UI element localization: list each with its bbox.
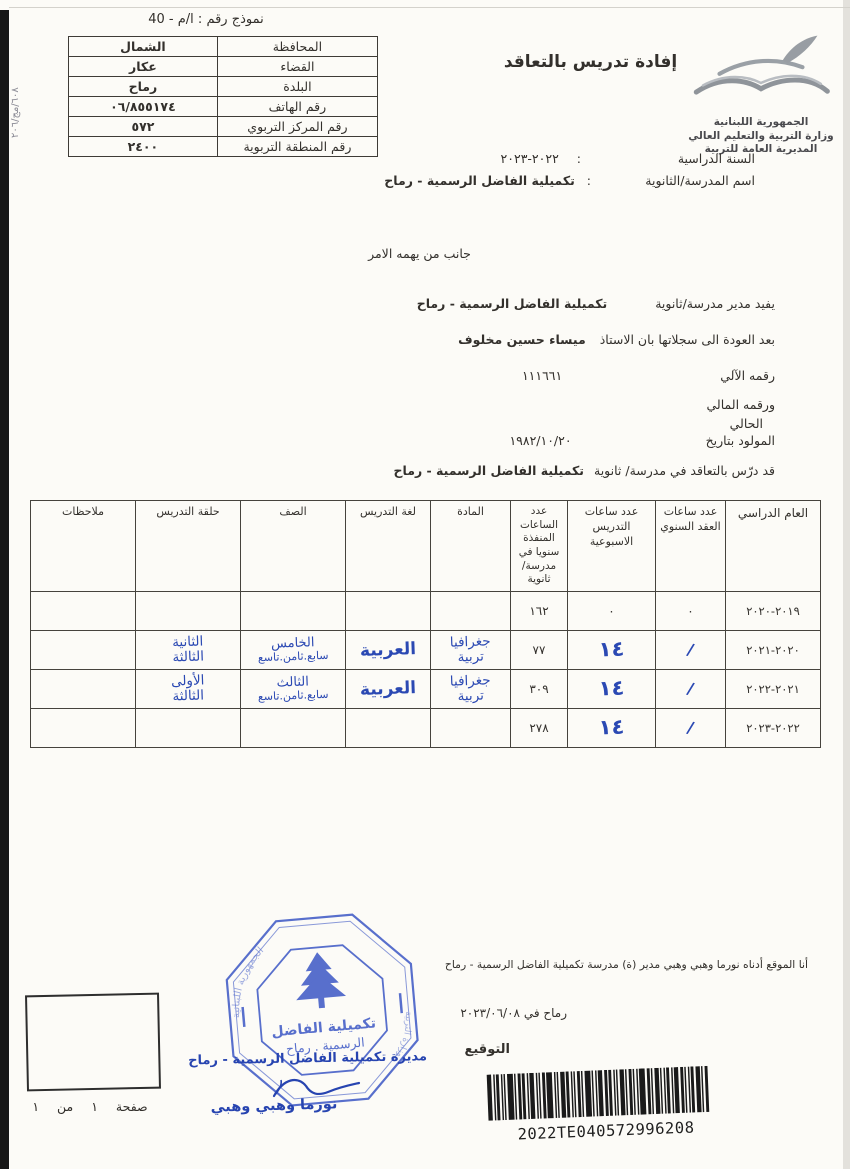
table-cell [31, 591, 136, 630]
table-cell [431, 591, 511, 630]
table-cell: / [656, 630, 726, 669]
table-cell: ١٤ [568, 708, 656, 747]
page-number: صفحة ١ من ١ [24, 1099, 156, 1114]
ministry-logo-icon [686, 34, 836, 112]
table-row: ٢٠٢١-٢٠٢٢/١٤٣٠٩جغرافياتربيةالعربيةالثالث… [31, 669, 821, 708]
document-title: إفادة تدريس بالتعاقد [488, 52, 693, 72]
info-label: البلدة [217, 77, 377, 97]
info-label: رقم المنطقة التربوية [217, 137, 377, 157]
info-row: البلدة رماح [69, 77, 378, 97]
info-row: رقم الهاتف ٠٦/٨٥٥١٧٤ [69, 97, 378, 117]
table-cell [241, 591, 346, 630]
typed-entry: ٠ [656, 604, 725, 618]
info-value: الشمال [69, 37, 218, 57]
table-row: ٢٠١٩-٢٠٢٠٠٠١٦٢ [31, 591, 821, 630]
typed-entry: ٢٠٢٠-٢٠٢١ [726, 643, 820, 657]
statement-value: تكميلية الفاضل الرسمية - رماح [394, 463, 584, 478]
statement-value: ميساء حسين مخلوف [458, 332, 586, 347]
statement-value: تكميلية الفاضل الرسمية - رماح [417, 296, 607, 311]
table-cell [346, 591, 431, 630]
table-cell: ٠ [568, 591, 656, 630]
declaration-text: أنا الموقع أدناه نورما وهبي وهبي مدير (ة… [445, 958, 808, 971]
salutation: جانب من يهمه الامر [352, 246, 487, 261]
teaching-record-table: العام الدراسيعدد ساعات العقد السنويعدد س… [30, 500, 821, 748]
typed-entry: ٢٠٢٢-٢٠٢٣ [726, 721, 820, 735]
barcode: 2022TE040572996208 [485, 1065, 726, 1144]
column-header: حلقة التدريس [136, 501, 241, 592]
table-row: ٢٠٢٢-٢٠٢٣/١٤٢٧٨ [31, 708, 821, 747]
info-label: المحافظة [217, 37, 377, 57]
statement-label: ورقمه المالي [707, 397, 776, 412]
table-cell: ١٤ [568, 669, 656, 708]
form-number: نموذج رقم : ا/م - 40 [100, 12, 312, 27]
colon: : [577, 151, 581, 166]
table-cell: الأولىالثالثة [136, 669, 241, 708]
table-cell [31, 669, 136, 708]
column-header: المادة [431, 501, 511, 592]
admin-info-table: المحافظة الشمال القضاء عكار البلدة رماح … [68, 36, 378, 157]
info-label: القضاء [217, 57, 377, 77]
paper-top-edge [9, 7, 850, 8]
table-cell: ٢٠٢١-٢٠٢٢ [726, 669, 821, 708]
table-cell: ٢٠١٩-٢٠٢٠ [726, 591, 821, 630]
school-value: تكميلية الفاضل الرسمية - رماح [384, 173, 574, 188]
table-cell: العربية [346, 630, 431, 669]
info-row: رقم المنطقة التربوية ٢٤٠٠ [69, 137, 378, 157]
column-header: الصف [241, 501, 346, 592]
margin-handwritten-note: ٦٠٨/مج/٢٠٦ [10, 87, 21, 138]
handwritten-entry: العربية [346, 639, 431, 661]
handwritten-entry: الثالثسابع.ثامن.تاسع [241, 674, 346, 704]
place-date: رماح في ٢٠٢٣/٠٦/٠٨ [460, 1006, 567, 1020]
year-label: السنة الدراسية [605, 151, 755, 166]
column-header: عدد الساعات المنفذة سنويا في مدرسة/ثانوي… [511, 501, 568, 592]
info-row: المحافظة الشمال [69, 37, 378, 57]
statement-label: قد درّس بالتعاقد في مدرسة/ ثانوية [594, 463, 775, 478]
typed-entry: ٧٧ [511, 643, 567, 657]
table-cell [346, 708, 431, 747]
handwritten-entry: ١٤ [568, 637, 656, 663]
handwritten-entry: العربية [346, 678, 431, 700]
column-header: لغة التدريس [346, 501, 431, 592]
cedar-icon [292, 950, 347, 1010]
statement-label: المولود بتاريخ [706, 433, 775, 448]
statement-label: رقمه الآلي [720, 368, 775, 383]
statement-value: ١٩٨٢/١٠/٢٠ [509, 433, 571, 448]
statement-label: بعد العودة الى سجلاتها بان الاستاذ [600, 332, 775, 347]
table-cell: / [656, 708, 726, 747]
column-header: ملاحظات [31, 501, 136, 592]
signature-label: التوقيع [465, 1042, 511, 1057]
scanned-form-page: ٦٠٨/مج/٢٠٦ نموذج رقم : ا/م - 40 المحافظة… [0, 0, 850, 1169]
handwritten-entry: جغرافياتربية [431, 634, 511, 666]
statement-line: المولود بتاريخ ١٩٨٢/١٠/٢٠ [509, 433, 775, 448]
statement-value: ١١١٦٦١ [522, 368, 562, 383]
info-value: ٢٤٠٠ [69, 137, 218, 157]
handwritten-entry: جغرافياتربية [431, 673, 511, 705]
handwritten-entry: / [655, 711, 726, 745]
typed-entry: ٢٠١٩-٢٠٢٠ [726, 604, 820, 618]
table-cell [31, 630, 136, 669]
header-row: العام الدراسيعدد ساعات العقد السنويعدد س… [31, 501, 821, 592]
typed-entry: ٢٠٢١-٢٠٢٢ [726, 682, 820, 696]
statement-line: يفيد مدير مدرسة/ثانوية تكميلية الفاضل ال… [417, 296, 775, 311]
table-cell: ٢٠٢٢-٢٠٢٣ [726, 708, 821, 747]
info-value: ٠٦/٨٥٥١٧٤ [69, 97, 218, 117]
empty-stamp-box [25, 993, 161, 1092]
info-value: رماح [69, 77, 218, 97]
table-cell: الثانيةالثالثة [136, 630, 241, 669]
table-cell [241, 708, 346, 747]
handwritten-entry: ١٤ [568, 676, 656, 702]
table-cell [136, 591, 241, 630]
table-cell: جغرافياتربية [431, 669, 511, 708]
ministry-header: الجمهورية اللبنانية وزارة التربية والتعل… [672, 34, 850, 157]
table-cell: ٠ [656, 591, 726, 630]
table-row: ٢٠٢٠-٢٠٢١/١٤٧٧جغرافياتربيةالعربيةالخامسس… [31, 630, 821, 669]
typed-entry: ١٦٢ [511, 604, 567, 618]
column-header: العام الدراسي [726, 501, 821, 592]
school-name-line: اسم المدرسة/الثانوية:تكميلية الفاضل الرس… [384, 173, 755, 188]
table-cell: ٢٧٨ [511, 708, 568, 747]
table-cell: ١٦٢ [511, 591, 568, 630]
table-cell [136, 708, 241, 747]
handwritten-entry: الثانيةالثالثة [136, 633, 241, 666]
statement-line: ورقمه المالي الحالي [707, 397, 776, 431]
table-cell [31, 708, 136, 747]
statement-line: قد درّس بالتعاقد في مدرسة/ ثانوية تكميلي… [394, 463, 775, 478]
typed-entry: ٠ [568, 604, 655, 618]
handwritten-entry: / [655, 672, 726, 706]
school-year-line: السنة الدراسية:٢٠٢٢-٢٠٢٣ [501, 151, 755, 166]
typed-entry: ٣٠٩ [511, 682, 567, 696]
column-header: عدد ساعات التدريس الاسبوعية [568, 501, 656, 592]
info-value: عكار [69, 57, 218, 77]
statement-label: يفيد مدير مدرسة/ثانوية [655, 296, 775, 311]
typed-entry: ٢٧٨ [511, 721, 567, 735]
statement-line: بعد العودة الى سجلاتها بان الاستاذ ميساء… [458, 332, 775, 347]
table-cell: ٧٧ [511, 630, 568, 669]
scan-edge-right [843, 0, 850, 1169]
table-cell: الخامسسابع.ثامن.تاسع [241, 630, 346, 669]
handwritten-entry: / [655, 633, 726, 667]
column-header: عدد ساعات العقد السنوي [656, 501, 726, 592]
table-cell: / [656, 669, 726, 708]
barcode-value: 2022TE040572996208 [487, 1117, 726, 1145]
info-value: ٥٧٢ [69, 117, 218, 137]
ministry-line: وزارة التربية والتعليم العالي [672, 130, 850, 144]
scan-edge-strip [0, 10, 9, 1169]
table-cell: ٢٠٢٠-٢٠٢١ [726, 630, 821, 669]
info-label: رقم الهاتف [217, 97, 377, 117]
colon: : [587, 173, 591, 188]
table-cell: ٣٠٩ [511, 669, 568, 708]
handwritten-entry: الأولىالثالثة [136, 672, 241, 705]
table-cell: الثالثسابع.ثامن.تاسع [241, 669, 346, 708]
school-label: اسم المدرسة/الثانوية [605, 173, 755, 188]
year-value: ٢٠٢٢-٢٠٢٣ [501, 151, 559, 166]
table-cell: ١٤ [568, 630, 656, 669]
handwritten-entry: الخامسسابع.ثامن.تاسع [241, 635, 346, 665]
table-cell: جغرافياتربية [431, 630, 511, 669]
info-row: رقم المركز التربوي ٥٧٢ [69, 117, 378, 137]
handwritten-entry: ١٤ [568, 715, 656, 741]
statement-label: الحالي [707, 416, 764, 431]
info-row: القضاء عكار [69, 57, 378, 77]
ministry-line: الجمهورية اللبنانية [672, 116, 850, 130]
table-cell: العربية [346, 669, 431, 708]
statement-line: رقمه الآلي ١١١٦٦١ [522, 368, 775, 383]
table-cell [431, 708, 511, 747]
info-label: رقم المركز التربوي [217, 117, 377, 137]
